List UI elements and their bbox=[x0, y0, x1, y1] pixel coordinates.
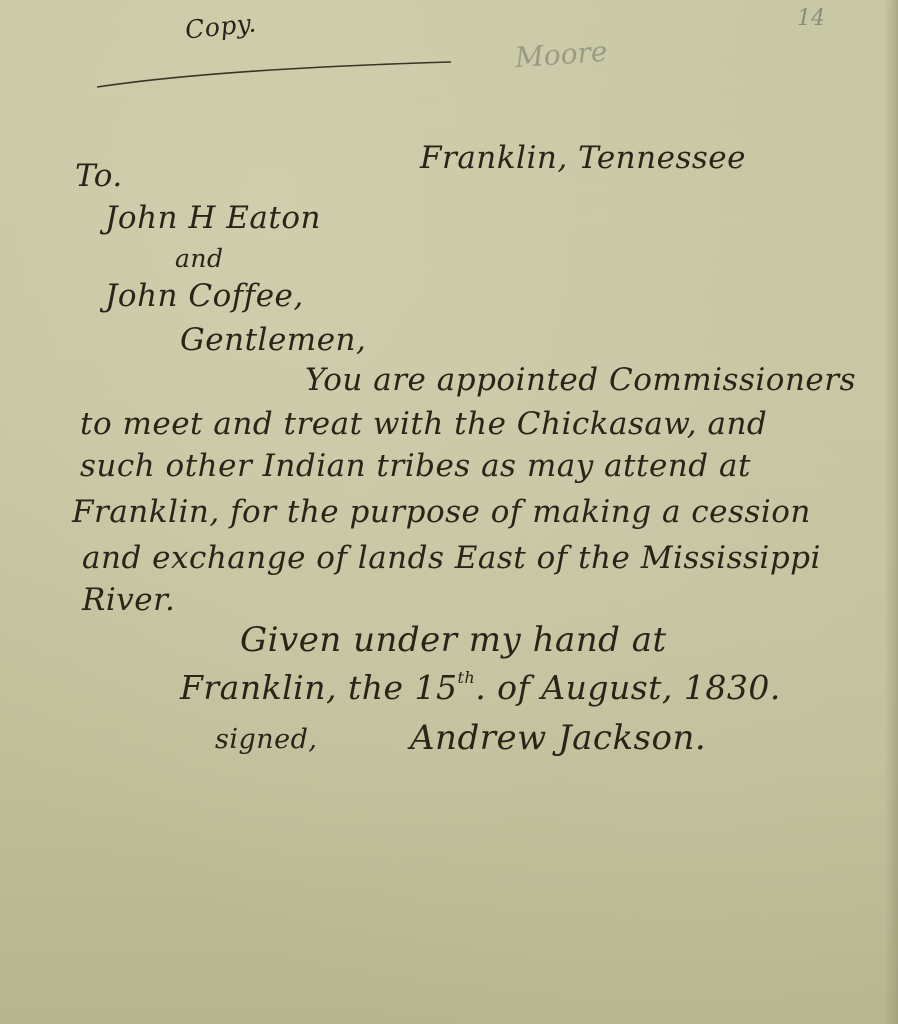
date-text: Franklin, the 15 bbox=[180, 668, 457, 707]
salutation-to: To. bbox=[75, 158, 123, 194]
closing-date: Franklin, the 15th. of August, 1830. bbox=[180, 668, 781, 707]
recipient-eaton: John H Eaton bbox=[105, 200, 321, 236]
signed-label: signed, bbox=[215, 724, 318, 755]
conjunction-and: and bbox=[175, 244, 224, 273]
place-heading: Franklin, Tennessee bbox=[420, 140, 746, 176]
folio-number: 14 bbox=[797, 6, 825, 31]
body-line: to meet and treat with the Chickasaw, an… bbox=[80, 406, 767, 442]
body-line: and exchange of lands East of the Missis… bbox=[82, 540, 821, 576]
body-line: You are appointed Commissioners bbox=[305, 362, 856, 398]
copy-label: Copy. bbox=[184, 8, 258, 44]
body-line: Franklin, for the purpose of making a ce… bbox=[72, 494, 811, 530]
body-line: River. bbox=[82, 582, 175, 618]
body-line: such other Indian tribes as may attend a… bbox=[80, 448, 751, 484]
greeting: Gentlemen, bbox=[180, 322, 366, 358]
closing-given: Given under my hand at bbox=[240, 620, 667, 660]
manuscript-page: Copy. Moore 14 Franklin, Tennessee To. J… bbox=[0, 0, 898, 1024]
date-ordinal-sup: th bbox=[457, 668, 475, 687]
recipient-coffee: John Coffee, bbox=[105, 278, 304, 314]
signature: Andrew Jackson. bbox=[410, 718, 706, 758]
date-text-rest: . of August, 1830. bbox=[475, 668, 781, 707]
pencil-note: Moore bbox=[514, 35, 608, 74]
copy-underline-stroke bbox=[95, 60, 455, 90]
